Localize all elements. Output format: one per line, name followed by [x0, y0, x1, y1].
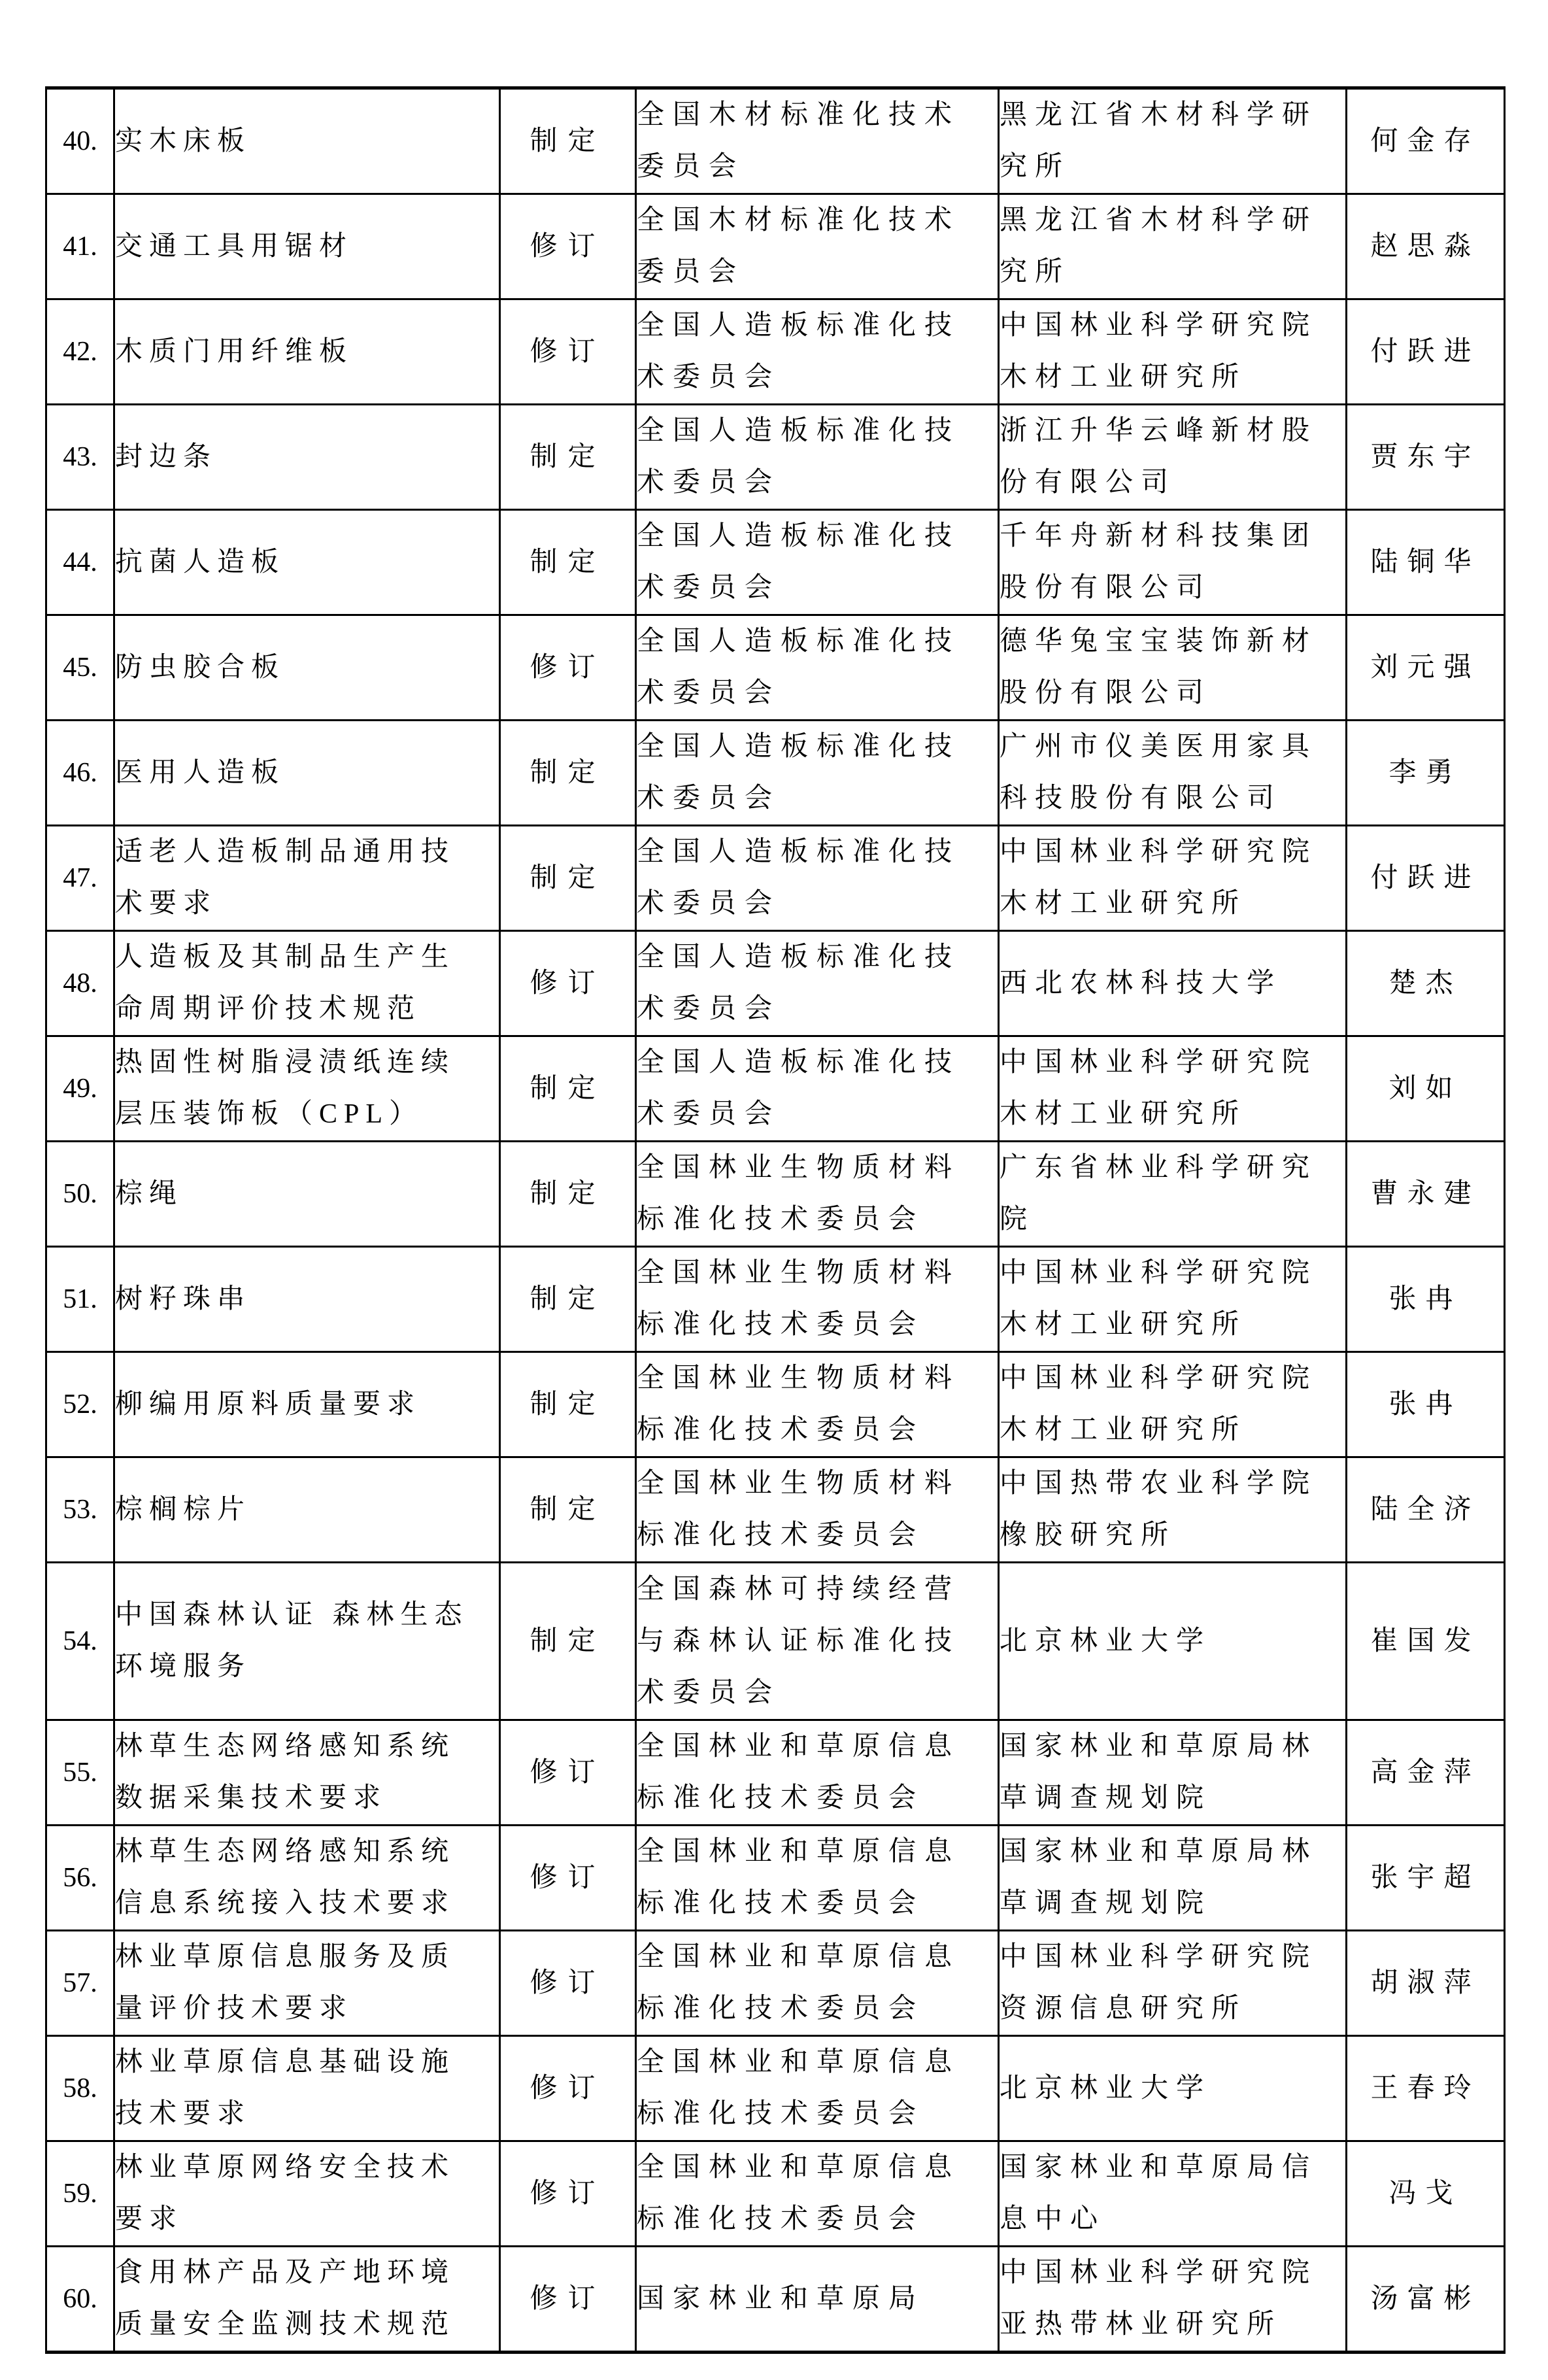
- cell-row-number: 56.: [46, 1826, 114, 1931]
- table-row: 52. 柳编用原料质量要求 制定 全国林业生物质材料 标准化技术委员会 中国林业…: [46, 1352, 1505, 1457]
- cell-committee: 全国林业生物质材料 标准化技术委员会: [636, 1352, 999, 1457]
- cell-row-number: 57.: [46, 1931, 114, 2036]
- cell-responsible-person: 陆全济: [1347, 1457, 1505, 1563]
- cell-organization: 浙江升华云峰新材股 份有限公司: [999, 405, 1347, 510]
- cell-revision-type: 制定: [500, 1247, 636, 1352]
- cell-responsible-person: 汤富彬: [1347, 2247, 1505, 2353]
- table-row: 53. 棕榈棕片 制定 全国林业生物质材料 标准化技术委员会 中国热带农业科学院…: [46, 1457, 1505, 1563]
- cell-committee: 全国林业和草原信息 标准化技术委员会: [636, 1931, 999, 2036]
- cell-organization: 国家林业和草原局林 草调查规划院: [999, 1720, 1347, 1826]
- cell-row-number: 44.: [46, 510, 114, 615]
- cell-row-number: 51.: [46, 1247, 114, 1352]
- cell-organization: 国家林业和草原局林 草调查规划院: [999, 1826, 1347, 1931]
- cell-standard-name: 封边条: [114, 405, 500, 510]
- cell-standard-name: 中国森林认证 森林生态 环境服务: [114, 1563, 500, 1720]
- cell-standard-name: 棕绳: [114, 1142, 500, 1247]
- standards-table: 40. 实木床板 制定 全国木材标准化技术 委员会 黑龙江省木材科学研 究所 何…: [45, 86, 1506, 2354]
- cell-organization: 中国林业科学研究院 亚热带林业研究所: [999, 2247, 1347, 2353]
- cell-committee: 全国林业和草原信息 标准化技术委员会: [636, 1826, 999, 1931]
- cell-organization: 中国林业科学研究院 木材工业研究所: [999, 1352, 1347, 1457]
- cell-row-number: 48.: [46, 931, 114, 1036]
- cell-standard-name: 林业草原信息基础设施 技术要求: [114, 2036, 500, 2141]
- standards-table-body: 40. 实木床板 制定 全国木材标准化技术 委员会 黑龙江省木材科学研 究所 何…: [46, 88, 1505, 2353]
- table-row: 59. 林业草原网络安全技术 要求 修订 全国林业和草原信息 标准化技术委员会 …: [46, 2141, 1505, 2247]
- cell-responsible-person: 冯戈: [1347, 2141, 1505, 2247]
- table-row: 56. 林草生态网络感知系统 信息系统接入技术要求 修订 全国林业和草原信息 标…: [46, 1826, 1505, 1931]
- cell-standard-name: 实木床板: [114, 88, 500, 194]
- cell-revision-type: 修订: [500, 615, 636, 721]
- table-row: 60. 食用林产品及产地环境 质量安全监测技术规范 修订 国家林业和草原局 中国…: [46, 2247, 1505, 2353]
- cell-organization: 广东省林业科学研究 院: [999, 1142, 1347, 1247]
- table-row: 45. 防虫胶合板 修订 全国人造板标准化技 术委员会 德华兔宝宝装饰新材 股份…: [46, 615, 1505, 721]
- cell-responsible-person: 李勇: [1347, 721, 1505, 826]
- cell-committee: 全国林业生物质材料 标准化技术委员会: [636, 1247, 999, 1352]
- cell-row-number: 50.: [46, 1142, 114, 1247]
- cell-row-number: 52.: [46, 1352, 114, 1457]
- cell-standard-name: 林草生态网络感知系统 数据采集技术要求: [114, 1720, 500, 1826]
- cell-revision-type: 修订: [500, 931, 636, 1036]
- cell-row-number: 60.: [46, 2247, 114, 2353]
- table-row: 43. 封边条 制定 全国人造板标准化技 术委员会 浙江升华云峰新材股 份有限公…: [46, 405, 1505, 510]
- cell-responsible-person: 陆铜华: [1347, 510, 1505, 615]
- table-row: 51. 树籽珠串 制定 全国林业生物质材料 标准化技术委员会 中国林业科学研究院…: [46, 1247, 1505, 1352]
- cell-committee: 全国林业和草原信息 标准化技术委员会: [636, 1720, 999, 1826]
- cell-committee: 全国林业和草原信息 标准化技术委员会: [636, 2141, 999, 2247]
- cell-responsible-person: 刘元强: [1347, 615, 1505, 721]
- cell-row-number: 53.: [46, 1457, 114, 1563]
- cell-committee: 国家林业和草原局: [636, 2247, 999, 2353]
- cell-row-number: 49.: [46, 1036, 114, 1142]
- cell-standard-name: 适老人造板制品通用技 术要求: [114, 826, 500, 931]
- cell-organization: 黑龙江省木材科学研 究所: [999, 194, 1347, 299]
- cell-revision-type: 修订: [500, 299, 636, 405]
- cell-organization: 中国林业科学研究院 木材工业研究所: [999, 1036, 1347, 1142]
- cell-committee: 全国林业生物质材料 标准化技术委员会: [636, 1142, 999, 1247]
- cell-standard-name: 木质门用纤维板: [114, 299, 500, 405]
- cell-organization: 中国林业科学研究院 木材工业研究所: [999, 1247, 1347, 1352]
- cell-committee: 全国木材标准化技术 委员会: [636, 88, 999, 194]
- cell-standard-name: 医用人造板: [114, 721, 500, 826]
- cell-revision-type: 制定: [500, 721, 636, 826]
- table-row: 58. 林业草原信息基础设施 技术要求 修订 全国林业和草原信息 标准化技术委员…: [46, 2036, 1505, 2141]
- table-row: 49. 热固性树脂浸渍纸连续 层压装饰板（CPL） 制定 全国人造板标准化技 术…: [46, 1036, 1505, 1142]
- cell-committee: 全国人造板标准化技 术委员会: [636, 931, 999, 1036]
- cell-revision-type: 制定: [500, 1352, 636, 1457]
- cell-row-number: 41.: [46, 194, 114, 299]
- cell-revision-type: 修订: [500, 1931, 636, 2036]
- cell-responsible-person: 楚杰: [1347, 931, 1505, 1036]
- cell-standard-name: 食用林产品及产地环境 质量安全监测技术规范: [114, 2247, 500, 2353]
- table-row: 41. 交通工具用锯材 修订 全国木材标准化技术 委员会 黑龙江省木材科学研 究…: [46, 194, 1505, 299]
- cell-revision-type: 修订: [500, 1826, 636, 1931]
- cell-revision-type: 制定: [500, 1142, 636, 1247]
- cell-organization: 广州市仪美医用家具 科技股份有限公司: [999, 721, 1347, 826]
- cell-standard-name: 林业草原信息服务及质 量评价技术要求: [114, 1931, 500, 2036]
- cell-revision-type: 制定: [500, 1563, 636, 1720]
- cell-row-number: 45.: [46, 615, 114, 721]
- cell-responsible-person: 王春玲: [1347, 2036, 1505, 2141]
- cell-responsible-person: 付跃进: [1347, 826, 1505, 931]
- cell-row-number: 47.: [46, 826, 114, 931]
- cell-revision-type: 修订: [500, 2141, 636, 2247]
- cell-row-number: 40.: [46, 88, 114, 194]
- table-row: 47. 适老人造板制品通用技 术要求 制定 全国人造板标准化技 术委员会 中国林…: [46, 826, 1505, 931]
- cell-revision-type: 制定: [500, 510, 636, 615]
- table-row: 54. 中国森林认证 森林生态 环境服务 制定 全国森林可持续经营 与森林认证标…: [46, 1563, 1505, 1720]
- table-row: 55. 林草生态网络感知系统 数据采集技术要求 修订 全国林业和草原信息 标准化…: [46, 1720, 1505, 1826]
- cell-committee: 全国林业和草原信息 标准化技术委员会: [636, 2036, 999, 2141]
- cell-responsible-person: 张冉: [1347, 1247, 1505, 1352]
- cell-responsible-person: 张冉: [1347, 1352, 1505, 1457]
- cell-revision-type: 制定: [500, 1457, 636, 1563]
- cell-committee: 全国人造板标准化技 术委员会: [636, 405, 999, 510]
- cell-responsible-person: 胡淑萍: [1347, 1931, 1505, 2036]
- cell-revision-type: 制定: [500, 826, 636, 931]
- cell-organization: 北京林业大学: [999, 2036, 1347, 2141]
- table-row: 50. 棕绳 制定 全国林业生物质材料 标准化技术委员会 广东省林业科学研究 院…: [46, 1142, 1505, 1247]
- cell-row-number: 42.: [46, 299, 114, 405]
- cell-committee: 全国森林可持续经营 与森林认证标准化技 术委员会: [636, 1563, 999, 1720]
- cell-committee: 全国人造板标准化技 术委员会: [636, 721, 999, 826]
- cell-revision-type: 修订: [500, 2247, 636, 2353]
- cell-standard-name: 人造板及其制品生产生 命周期评价技术规范: [114, 931, 500, 1036]
- cell-responsible-person: 贾东宇: [1347, 405, 1505, 510]
- table-row: 46. 医用人造板 制定 全国人造板标准化技 术委员会 广州市仪美医用家具 科技…: [46, 721, 1505, 826]
- table-row: 44. 抗菌人造板 制定 全国人造板标准化技 术委员会 千年舟新材科技集团 股份…: [46, 510, 1505, 615]
- table-row: 40. 实木床板 制定 全国木材标准化技术 委员会 黑龙江省木材科学研 究所 何…: [46, 88, 1505, 194]
- cell-organization: 中国林业科学研究院 资源信息研究所: [999, 1931, 1347, 2036]
- cell-responsible-person: 何金存: [1347, 88, 1505, 194]
- cell-row-number: 54.: [46, 1563, 114, 1720]
- cell-committee: 全国人造板标准化技 术委员会: [636, 510, 999, 615]
- cell-organization: 国家林业和草原局信 息中心: [999, 2141, 1347, 2247]
- table-row: 48. 人造板及其制品生产生 命周期评价技术规范 修订 全国人造板标准化技 术委…: [46, 931, 1505, 1036]
- cell-revision-type: 制定: [500, 405, 636, 510]
- cell-row-number: 55.: [46, 1720, 114, 1826]
- cell-row-number: 43.: [46, 405, 114, 510]
- cell-organization: 中国热带农业科学院 橡胶研究所: [999, 1457, 1347, 1563]
- cell-standard-name: 热固性树脂浸渍纸连续 层压装饰板（CPL）: [114, 1036, 500, 1142]
- cell-row-number: 58.: [46, 2036, 114, 2141]
- cell-responsible-person: 曹永建: [1347, 1142, 1505, 1247]
- cell-responsible-person: 付跃进: [1347, 299, 1505, 405]
- cell-revision-type: 制定: [500, 88, 636, 194]
- cell-responsible-person: 高金萍: [1347, 1720, 1505, 1826]
- cell-committee: 全国人造板标准化技 术委员会: [636, 615, 999, 721]
- cell-organization: 德华兔宝宝装饰新材 股份有限公司: [999, 615, 1347, 721]
- table-row: 57. 林业草原信息服务及质 量评价技术要求 修订 全国林业和草原信息 标准化技…: [46, 1931, 1505, 2036]
- cell-committee: 全国木材标准化技术 委员会: [636, 194, 999, 299]
- cell-responsible-person: 张宇超: [1347, 1826, 1505, 1931]
- table-row: 42. 木质门用纤维板 修订 全国人造板标准化技 术委员会 中国林业科学研究院 …: [46, 299, 1505, 405]
- cell-standard-name: 抗菌人造板: [114, 510, 500, 615]
- cell-standard-name: 林草生态网络感知系统 信息系统接入技术要求: [114, 1826, 500, 1931]
- cell-organization: 中国林业科学研究院 木材工业研究所: [999, 826, 1347, 931]
- cell-responsible-person: 赵思淼: [1347, 194, 1505, 299]
- cell-standard-name: 防虫胶合板: [114, 615, 500, 721]
- cell-row-number: 46.: [46, 721, 114, 826]
- cell-responsible-person: 刘如: [1347, 1036, 1505, 1142]
- cell-committee: 全国林业生物质材料 标准化技术委员会: [636, 1457, 999, 1563]
- cell-committee: 全国人造板标准化技 术委员会: [636, 299, 999, 405]
- cell-committee: 全国人造板标准化技 术委员会: [636, 826, 999, 931]
- cell-revision-type: 制定: [500, 1036, 636, 1142]
- cell-standard-name: 棕榈棕片: [114, 1457, 500, 1563]
- cell-standard-name: 树籽珠串: [114, 1247, 500, 1352]
- cell-organization: 中国林业科学研究院 木材工业研究所: [999, 299, 1347, 405]
- cell-revision-type: 修订: [500, 194, 636, 299]
- cell-responsible-person: 崔国发: [1347, 1563, 1505, 1720]
- cell-organization: 西北农林科技大学: [999, 931, 1347, 1036]
- cell-organization: 黑龙江省木材科学研 究所: [999, 88, 1347, 194]
- cell-organization: 千年舟新材科技集团 股份有限公司: [999, 510, 1347, 615]
- cell-organization: 北京林业大学: [999, 1563, 1347, 1720]
- cell-revision-type: 修订: [500, 1720, 636, 1826]
- cell-standard-name: 柳编用原料质量要求: [114, 1352, 500, 1457]
- cell-standard-name: 林业草原网络安全技术 要求: [114, 2141, 500, 2247]
- cell-row-number: 59.: [46, 2141, 114, 2247]
- cell-revision-type: 修订: [500, 2036, 636, 2141]
- cell-standard-name: 交通工具用锯材: [114, 194, 500, 299]
- cell-committee: 全国人造板标准化技 术委员会: [636, 1036, 999, 1142]
